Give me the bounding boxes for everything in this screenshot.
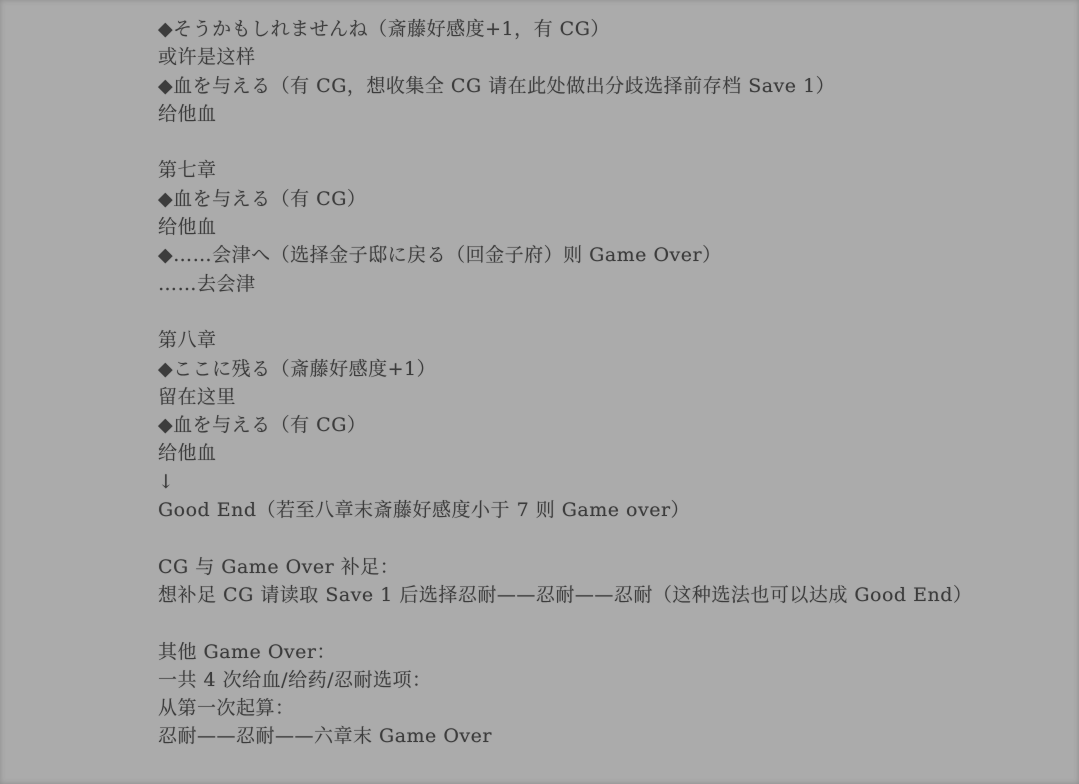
section-chapter6-choices: ◆そうかもしれませんね（斎藤好感度+1，有 CG） 或许是这样 ◆血を与える（有… bbox=[158, 15, 1039, 128]
choice-line-jp: ◆血を与える（有 CG） bbox=[158, 411, 1039, 439]
walkthrough-text-block: ◆そうかもしれませんね（斎藤好感度+1，有 CG） 或许是这样 ◆血を与える（有… bbox=[158, 15, 1039, 751]
choice-translation: 或许是这样 bbox=[158, 43, 1039, 71]
section-chapter-7: 第七章 ◆血を与える（有 CG） 给他血 ◆……会津へ（选择金子邸に戻る（回金子… bbox=[158, 156, 1039, 297]
choice-translation: 留在这里 bbox=[158, 383, 1039, 411]
choice-line-jp: ◆……会津へ（选择金子邸に戻る（回金子府）则 Game Over） bbox=[158, 241, 1039, 269]
chapter-heading: 第七章 bbox=[158, 156, 1039, 184]
other-game-over-note: 一共 4 次给血/给药/忍耐选项： bbox=[158, 666, 1039, 694]
choice-translation: 给他血 bbox=[158, 439, 1039, 467]
choice-line-jp: ◆血を与える（有 CG） bbox=[158, 185, 1039, 213]
choice-line-jp: ◆そうかもしれませんね（斎藤好感度+1，有 CG） bbox=[158, 15, 1039, 43]
choice-line-jp: ◆ここに残る（斎藤好感度+1） bbox=[158, 355, 1039, 383]
chapter-heading: 第八章 bbox=[158, 326, 1039, 354]
supplement-heading: CG 与 Game Over 补足： bbox=[158, 553, 1039, 581]
section-chapter-8: 第八章 ◆ここに残る（斎藤好感度+1） 留在这里 ◆血を与える（有 CG） 给他… bbox=[158, 326, 1039, 524]
choice-translation: ……去会津 bbox=[158, 270, 1039, 298]
good-end-note: Good End（若至八章末斎藤好感度小于 7 则 Game over） bbox=[158, 496, 1039, 524]
other-game-over-note: 从第一次起算： bbox=[158, 694, 1039, 722]
other-game-over-sequence: 忍耐——忍耐——六章末 Game Over bbox=[158, 722, 1039, 750]
walkthrough-page: ◆そうかもしれませんね（斎藤好感度+1，有 CG） 或许是这样 ◆血を与える（有… bbox=[0, 0, 1079, 784]
choice-translation: 给他血 bbox=[158, 213, 1039, 241]
choice-line-jp: ◆血を与える（有 CG，想收集全 CG 请在此处做出分歧选择前存档 Save 1… bbox=[158, 72, 1039, 100]
supplement-instructions: 想补足 CG 请读取 Save 1 后选择忍耐——忍耐——忍耐（这种选法也可以达… bbox=[158, 581, 1039, 609]
down-arrow-glyph: ↓ bbox=[158, 468, 1039, 496]
choice-translation: 给他血 bbox=[158, 100, 1039, 128]
other-game-over-heading: 其他 Game Over： bbox=[158, 638, 1039, 666]
section-other-game-over: 其他 Game Over： 一共 4 次给血/给药/忍耐选项： 从第一次起算： … bbox=[158, 638, 1039, 751]
section-cg-game-over-supplement: CG 与 Game Over 补足： 想补足 CG 请读取 Save 1 后选择… bbox=[158, 553, 1039, 610]
